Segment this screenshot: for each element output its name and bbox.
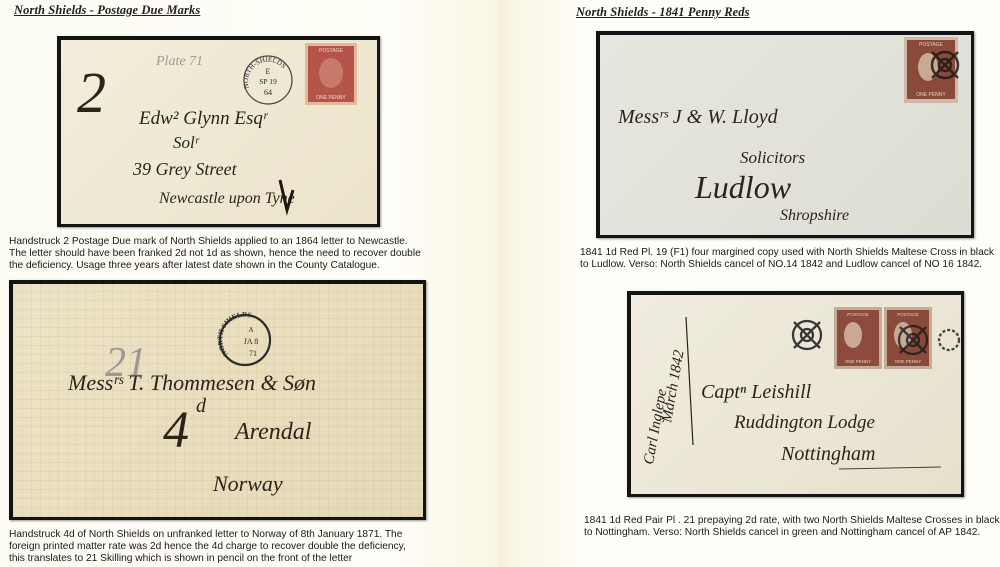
address-line-3: 39 Grey Street	[132, 159, 238, 179]
svg-text:POSTAGE: POSTAGE	[319, 48, 343, 54]
cover-ludlow[interactable]: POSTAGE ONE PENNY Messʳˢ J & W. Lloyd So…	[596, 31, 974, 238]
address-line-1: Captⁿ Leishill	[701, 381, 812, 403]
postmark-north-shields-1864: NORTH-SHIELDS E SP 19 64	[242, 56, 292, 104]
address-line-4: Shropshire	[780, 207, 849, 224]
address-line-1: Messʳˢ T. Thommesen & Søn	[67, 370, 316, 395]
address-line-3: Ludlow	[694, 169, 792, 205]
svg-text:4: 4	[163, 402, 189, 459]
svg-text:ONE PENNY: ONE PENNY	[895, 359, 922, 364]
docket-note: Carl Inglepe March 1842	[641, 317, 693, 466]
svg-text:ONE PENNY: ONE PENNY	[316, 95, 346, 101]
address-line-3: Nottingham	[780, 443, 875, 465]
caption-nottingham-cover: 1841 1d Red Pair Pl . 21 prepaying 2d ra…	[584, 515, 1000, 539]
address-line-2: Ruddington Lodge	[733, 412, 875, 433]
svg-text:POSTAGE: POSTAGE	[919, 42, 943, 48]
address-line-1: Edw² Glynn Esqʳ	[138, 108, 269, 129]
svg-text:ONE PENNY: ONE PENNY	[845, 359, 872, 364]
svg-text:March 1842: March 1842	[659, 348, 688, 424]
penny-red-stamp: POSTAGE ONE PENNY	[305, 43, 357, 105]
svg-text:A: A	[248, 326, 253, 334]
due-mark-4d: 4 d	[163, 395, 207, 459]
svg-text:71: 71	[249, 349, 257, 358]
address-line-2: Arendal	[233, 419, 312, 445]
svg-text:E: E	[266, 67, 271, 76]
svg-text:SP 19: SP 19	[259, 77, 277, 86]
penny-red-pair: POSTAGE ONE PENNY POSTAGE ONE PENNY	[834, 307, 932, 369]
address-line-2: Solicitors	[740, 148, 806, 167]
address-line-2: Solʳ	[173, 133, 200, 152]
caption-ludlow-cover: 1841 1d Red Pl. 19 (F1) four margined co…	[580, 247, 1000, 271]
address-line-4: Newcastle upon Tyne	[158, 190, 295, 207]
svg-text:64: 64	[264, 88, 272, 97]
page-gutter	[497, 0, 505, 567]
cover-newcastle[interactable]: 2 Plate 71 NORTH-SHIELDS E SP 19 64 POST…	[57, 36, 380, 227]
cover-nottingham[interactable]: Carl Inglepe March 1842 POSTAGE ONE PENN…	[627, 291, 964, 497]
cover-norway[interactable]: NORTH SHIELDS A JA 8 71 21 Messʳˢ T. Tho…	[9, 280, 426, 520]
pencil-note: Plate 71	[155, 54, 203, 69]
postmark-north-shields-1871: NORTH SHIELDS A JA 8 71	[216, 311, 270, 365]
svg-text:JA 8: JA 8	[244, 337, 258, 346]
svg-text:d: d	[196, 395, 207, 417]
caption-newcastle-cover: Handstruck 2 Postage Due mark of North S…	[9, 236, 439, 273]
maltese-cross-cancel-left	[793, 321, 821, 349]
left-page-title: North Shields - Postage Due Marks	[14, 3, 200, 18]
due-mark-2: 2	[77, 60, 106, 125]
svg-text:ONE PENNY: ONE PENNY	[916, 92, 946, 98]
address-line-3: Norway	[212, 471, 283, 496]
svg-text:POSTAGE: POSTAGE	[897, 312, 918, 317]
right-page-title: North Shields - 1841 Penny Reds	[576, 5, 750, 20]
caption-norway-cover: Handstruck 4d of North Shields on unfran…	[9, 529, 439, 566]
address-line-1: Messʳˢ J & W. Lloyd	[617, 106, 779, 128]
svg-text:NORTH SHIELDS: NORTH SHIELDS	[216, 311, 252, 358]
svg-text:POSTAGE: POSTAGE	[847, 312, 868, 317]
